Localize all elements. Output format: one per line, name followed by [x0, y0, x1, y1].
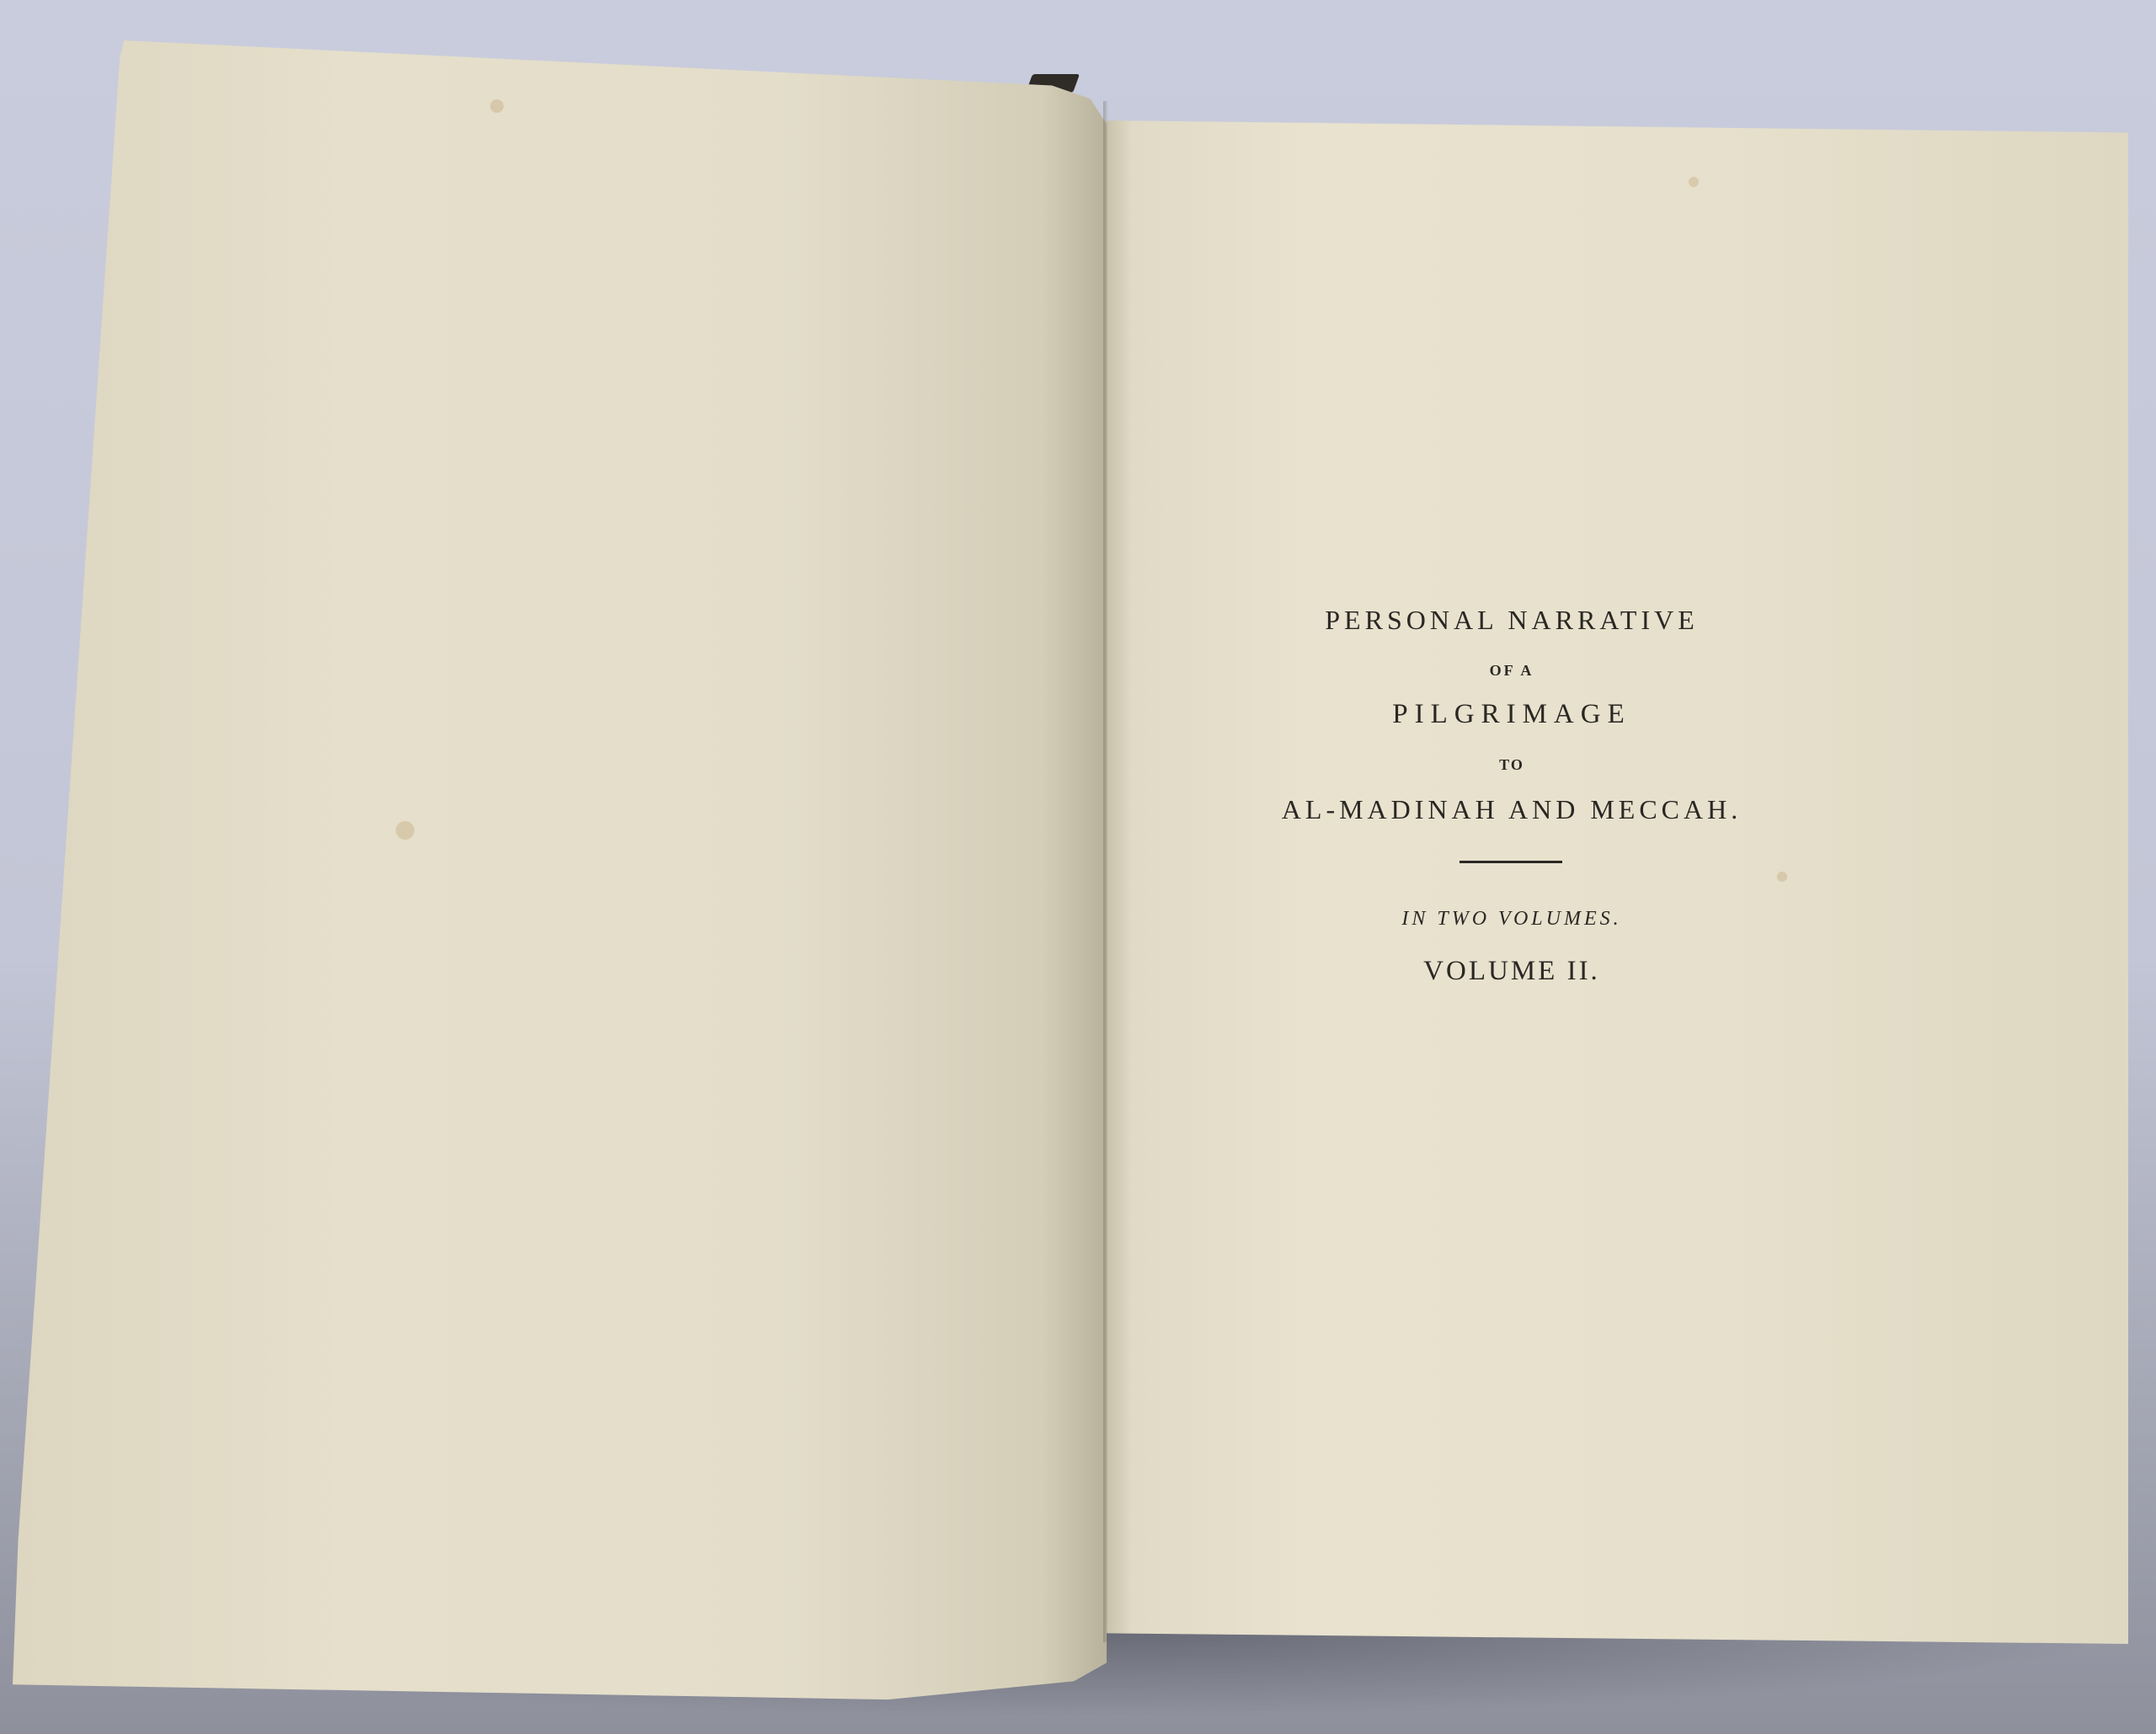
title-divider-rule — [1460, 861, 1562, 863]
title-line-to: TO — [1162, 756, 1861, 774]
title-page — [1107, 120, 2128, 1644]
title-line-personal-narrative: PERSONAL NARRATIVE — [1162, 605, 1861, 636]
title-line-destination: AL-MADINAH AND MECCAH. — [1162, 794, 1861, 825]
foxing-spot — [396, 821, 414, 840]
foxing-spot — [1777, 872, 1787, 882]
title-line-of-a: OF A — [1162, 662, 1861, 680]
title-line-pilgrimage: PILGRIMAGE — [1162, 699, 1861, 730]
volume-number: VOLUME II. — [1162, 956, 1861, 987]
volumes-note: IN TWO VOLUMES. — [1162, 908, 1861, 931]
foxing-spot — [490, 99, 504, 113]
gutter-shadow — [1103, 101, 1108, 1642]
left-page-blank — [13, 40, 1107, 1708]
foxing-spot — [1689, 177, 1699, 187]
